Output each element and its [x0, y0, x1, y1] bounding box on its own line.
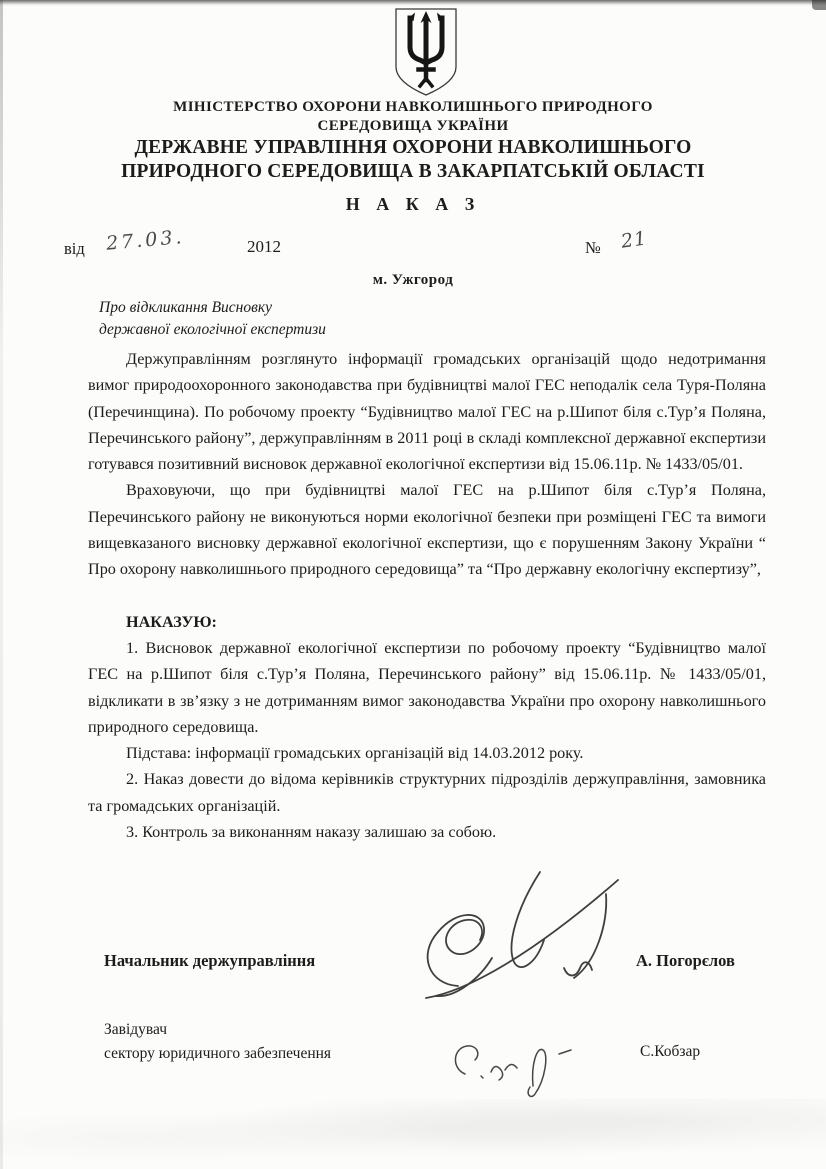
subject-line1: Про відкликання Висновку [99, 297, 429, 319]
ministry-name-line1: МІНІСТЕРСТВО ОХОРОНИ НАВКОЛИШНЬОГО ПРИРО… [63, 98, 763, 117]
scan-artifact-left-edge [0, 0, 3, 1169]
document-body: Держуправлінням розглянуто інформації гр… [88, 346, 766, 845]
signature-scribble-icon [398, 866, 633, 1014]
paragraph-background-1: Держуправлінням розглянуто інформації гр… [88, 346, 766, 477]
city-line: м. Ужгород [63, 272, 763, 289]
signer2-title-line2: сектору юридичного забезпечення [104, 1042, 331, 1066]
order-item-1: 1. Висновок державної екологічної експер… [88, 635, 766, 740]
ukraine-trident-icon [393, 7, 459, 97]
signature-scribble-small-icon [447, 1036, 579, 1100]
number-sign-label: № [585, 238, 601, 258]
subject-line2: державної екологічної експертизи [99, 319, 429, 341]
signer1-title: Начальник держуправління [104, 951, 315, 971]
document-type-title: Н А К А З [63, 194, 763, 215]
ministry-name-line2: СЕРЕДОВИЩА УКРАЇНИ [63, 117, 763, 136]
date-from-label: від [64, 239, 85, 259]
signer2-title: Завідувач сектору юридичного забезпеченн… [104, 1018, 331, 1066]
paragraph-background-2: Враховуючи, що при будівництві малої ГЕС… [88, 477, 766, 582]
scan-artifact-bottom-noise [0, 1099, 826, 1169]
order-heading: НАКАЗУЮ: [88, 609, 766, 635]
signer2-name: С.Кобзар [640, 1043, 700, 1061]
scanned-order-document: МІНІСТЕРСТВО ОХОРОНИ НАВКОЛИШНЬОГО ПРИРО… [0, 0, 826, 1169]
order-item-3: 3. Контроль за виконанням наказу залишаю… [88, 819, 766, 845]
handwritten-order-number: 21 [620, 227, 649, 252]
scan-artifact-corner [812, 0, 826, 10]
document-header: МІНІСТЕРСТВО ОХОРОНИ НАВКОЛИШНЬОГО ПРИРО… [63, 98, 763, 183]
handwritten-date: 27.03. [105, 223, 216, 255]
signer2-title-line1: Завідувач [104, 1018, 331, 1042]
department-name-line1: ДЕРЖАВНЕ УПРАВЛІННЯ ОХОРОНИ НАВКОЛИШНЬОГ… [63, 136, 763, 160]
signer1-name: А. Погорєлов [636, 951, 735, 971]
department-name-line2: ПРИРОДНОГО СЕРЕДОВИЩА В ЗАКАРПАТСЬКІЙ ОБ… [63, 160, 763, 184]
printed-year: 2012 [247, 237, 281, 257]
document-subject: Про відкликання Висновку державної еколо… [99, 297, 429, 341]
order-basis: Підстава: інформації громадських організ… [88, 740, 766, 766]
scan-artifact-top-edge [0, 0, 826, 6]
order-item-2: 2. Наказ довести до відома керівників ст… [88, 766, 766, 819]
